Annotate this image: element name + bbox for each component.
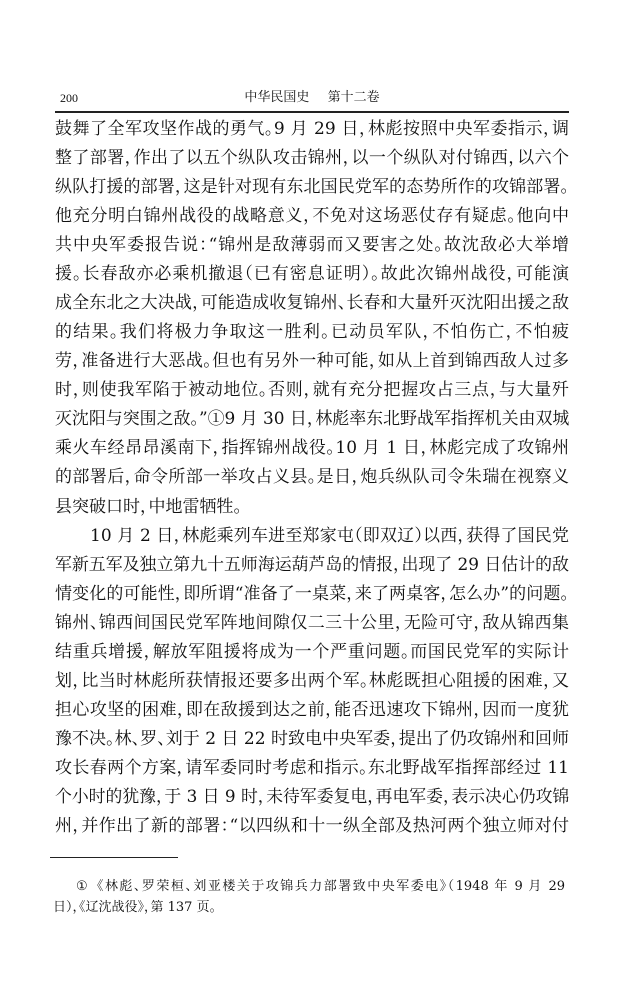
text-line: 担心攻坚的困难，即在敌援到达之前，能否迅速攻下锦州，因而一度犹 [55, 696, 569, 725]
text-line: 乘火车经昂昂溪南下，指挥锦州战役。10 月 1 日，林彪完成了攻锦州 [55, 434, 569, 463]
paragraph: 鼓舞了全军攻坚作战的勇气。9 月 29 日，林彪按照中央军委指示，调 整了部署，… [55, 115, 569, 522]
paragraph: 10 月 2 日，林彪乘列车进至郑家屯（即双辽）以西，获得了国民党 军新五军及独… [55, 522, 569, 842]
body-text: 鼓舞了全军攻坚作战的勇气。9 月 29 日，林彪按照中央军委指示，调 整了部署，… [55, 115, 569, 842]
footnote: ①《林彪、罗荣桓、刘亚楼关于攻锦兵力部署致中央军委电》（1948 年 9 月 2… [53, 876, 565, 918]
text-line: 州，并作出了新的部署：“以四纵和十一纵全部及热河两个独立师对付 [55, 812, 569, 841]
footnote-rule [50, 857, 178, 858]
footnote-line: ①《林彪、罗荣桓、刘亚楼关于攻锦兵力部署致中央军委电》（1948 年 9 月 2… [53, 876, 565, 897]
header-rule [55, 111, 569, 113]
text-line: 军新五军及独立第九十五师海运葫芦岛的情报，出现了 29 日估计的敌 [55, 551, 566, 580]
text-line: 时，则使我军陷于被动地位。否则，就有充分把握攻占三点，与大量歼 [55, 376, 569, 405]
text-line: 灭沈阳与突围之敌。”①9 月 30 日，林彪率东北野战军指挥机关由双城 [55, 405, 567, 434]
text-line: 个小时的犹豫，于 3 日 9 时，未待军委复电，再电军委，表示决心仍攻锦 [55, 783, 564, 812]
text-line: 划，比当时林彪所获情报还要多出两个军。林彪既担心阻援的困难，又 [55, 667, 569, 696]
volume-label: 第十二卷 [328, 90, 380, 105]
text-line: 县突破口时，中地雷牺牲。 [55, 493, 569, 522]
text-line: 的结果。我们将极力争取这一胜利。已动员军队，不怕伤亡，不怕疲 [55, 318, 569, 347]
text-line: 成全东北之大决战，可能造成收复锦州、长春和大量歼灭沈阳出援之敌 [55, 289, 569, 318]
book-title: 中华民国史 [244, 90, 309, 105]
footnote-line: 日），《辽沈战役》，第 137 页。 [53, 897, 565, 918]
text-line: 结重兵增援，解放军阻援将成为一个严重问题。而国民党军的实际计 [55, 638, 569, 667]
text-line: 鼓舞了全军攻坚作战的勇气。9 月 29 日，林彪按照中央军委指示，调 [55, 115, 569, 144]
text-line: 援。长春敌亦必乘机撤退（已有密息证明）。故此次锦州战役，可能演 [55, 260, 569, 289]
footnote-marker: ① [76, 879, 89, 894]
text-line: 他充分明白锦州战役的战略意义，不免对这场恶仗存有疑虑。他向中 [55, 202, 569, 231]
text-line: 锦州、锦西间国民党军阵地间隙仅二三十公里，无险可守，敌从锦西集 [55, 609, 569, 638]
text-line: 情变化的可能性，即所谓“准备了一桌菜，来了两桌客，怎么办”的问题。 [55, 580, 569, 609]
text-line: 纵队打援的部署，这是针对现有东北国民党军的态势所作的攻锦部署。 [55, 173, 569, 202]
text-line: 共中央军委报告说：“锦州是敌薄弱而又要害之处。故沈敌必大举增 [55, 231, 569, 260]
text-line: 的部署后，命令所部一举攻占义县。是日，炮兵纵队司令朱瑞在视察义 [55, 463, 569, 492]
text-line: 整了部署，作出了以五个纵队攻击锦州，以一个纵队对付锦西，以六个 [55, 144, 569, 173]
text-line: 攻长春两个方案，请军委同时考虑和指示。东北野战军指挥部经过 11 [55, 754, 569, 783]
text-line: 10 月 2 日，林彪乘列车进至郑家屯（即双辽）以西，获得了国民党 [55, 522, 569, 551]
text-line: 豫不决。林、罗、刘于 2 日 22 时致电中央军委，提出了仍攻锦州和回师 [55, 725, 569, 754]
text-line: 劳，准备进行大恶战。但也有另外一种可能，如从上首到锦西敌人过多 [55, 347, 569, 376]
running-title: 中华民国史第十二卷 [55, 90, 569, 106]
footnote-text: 《林彪、罗荣桓、刘亚楼关于攻锦兵力部署致中央军委电》（1948 年 9 月 29 [97, 879, 565, 894]
